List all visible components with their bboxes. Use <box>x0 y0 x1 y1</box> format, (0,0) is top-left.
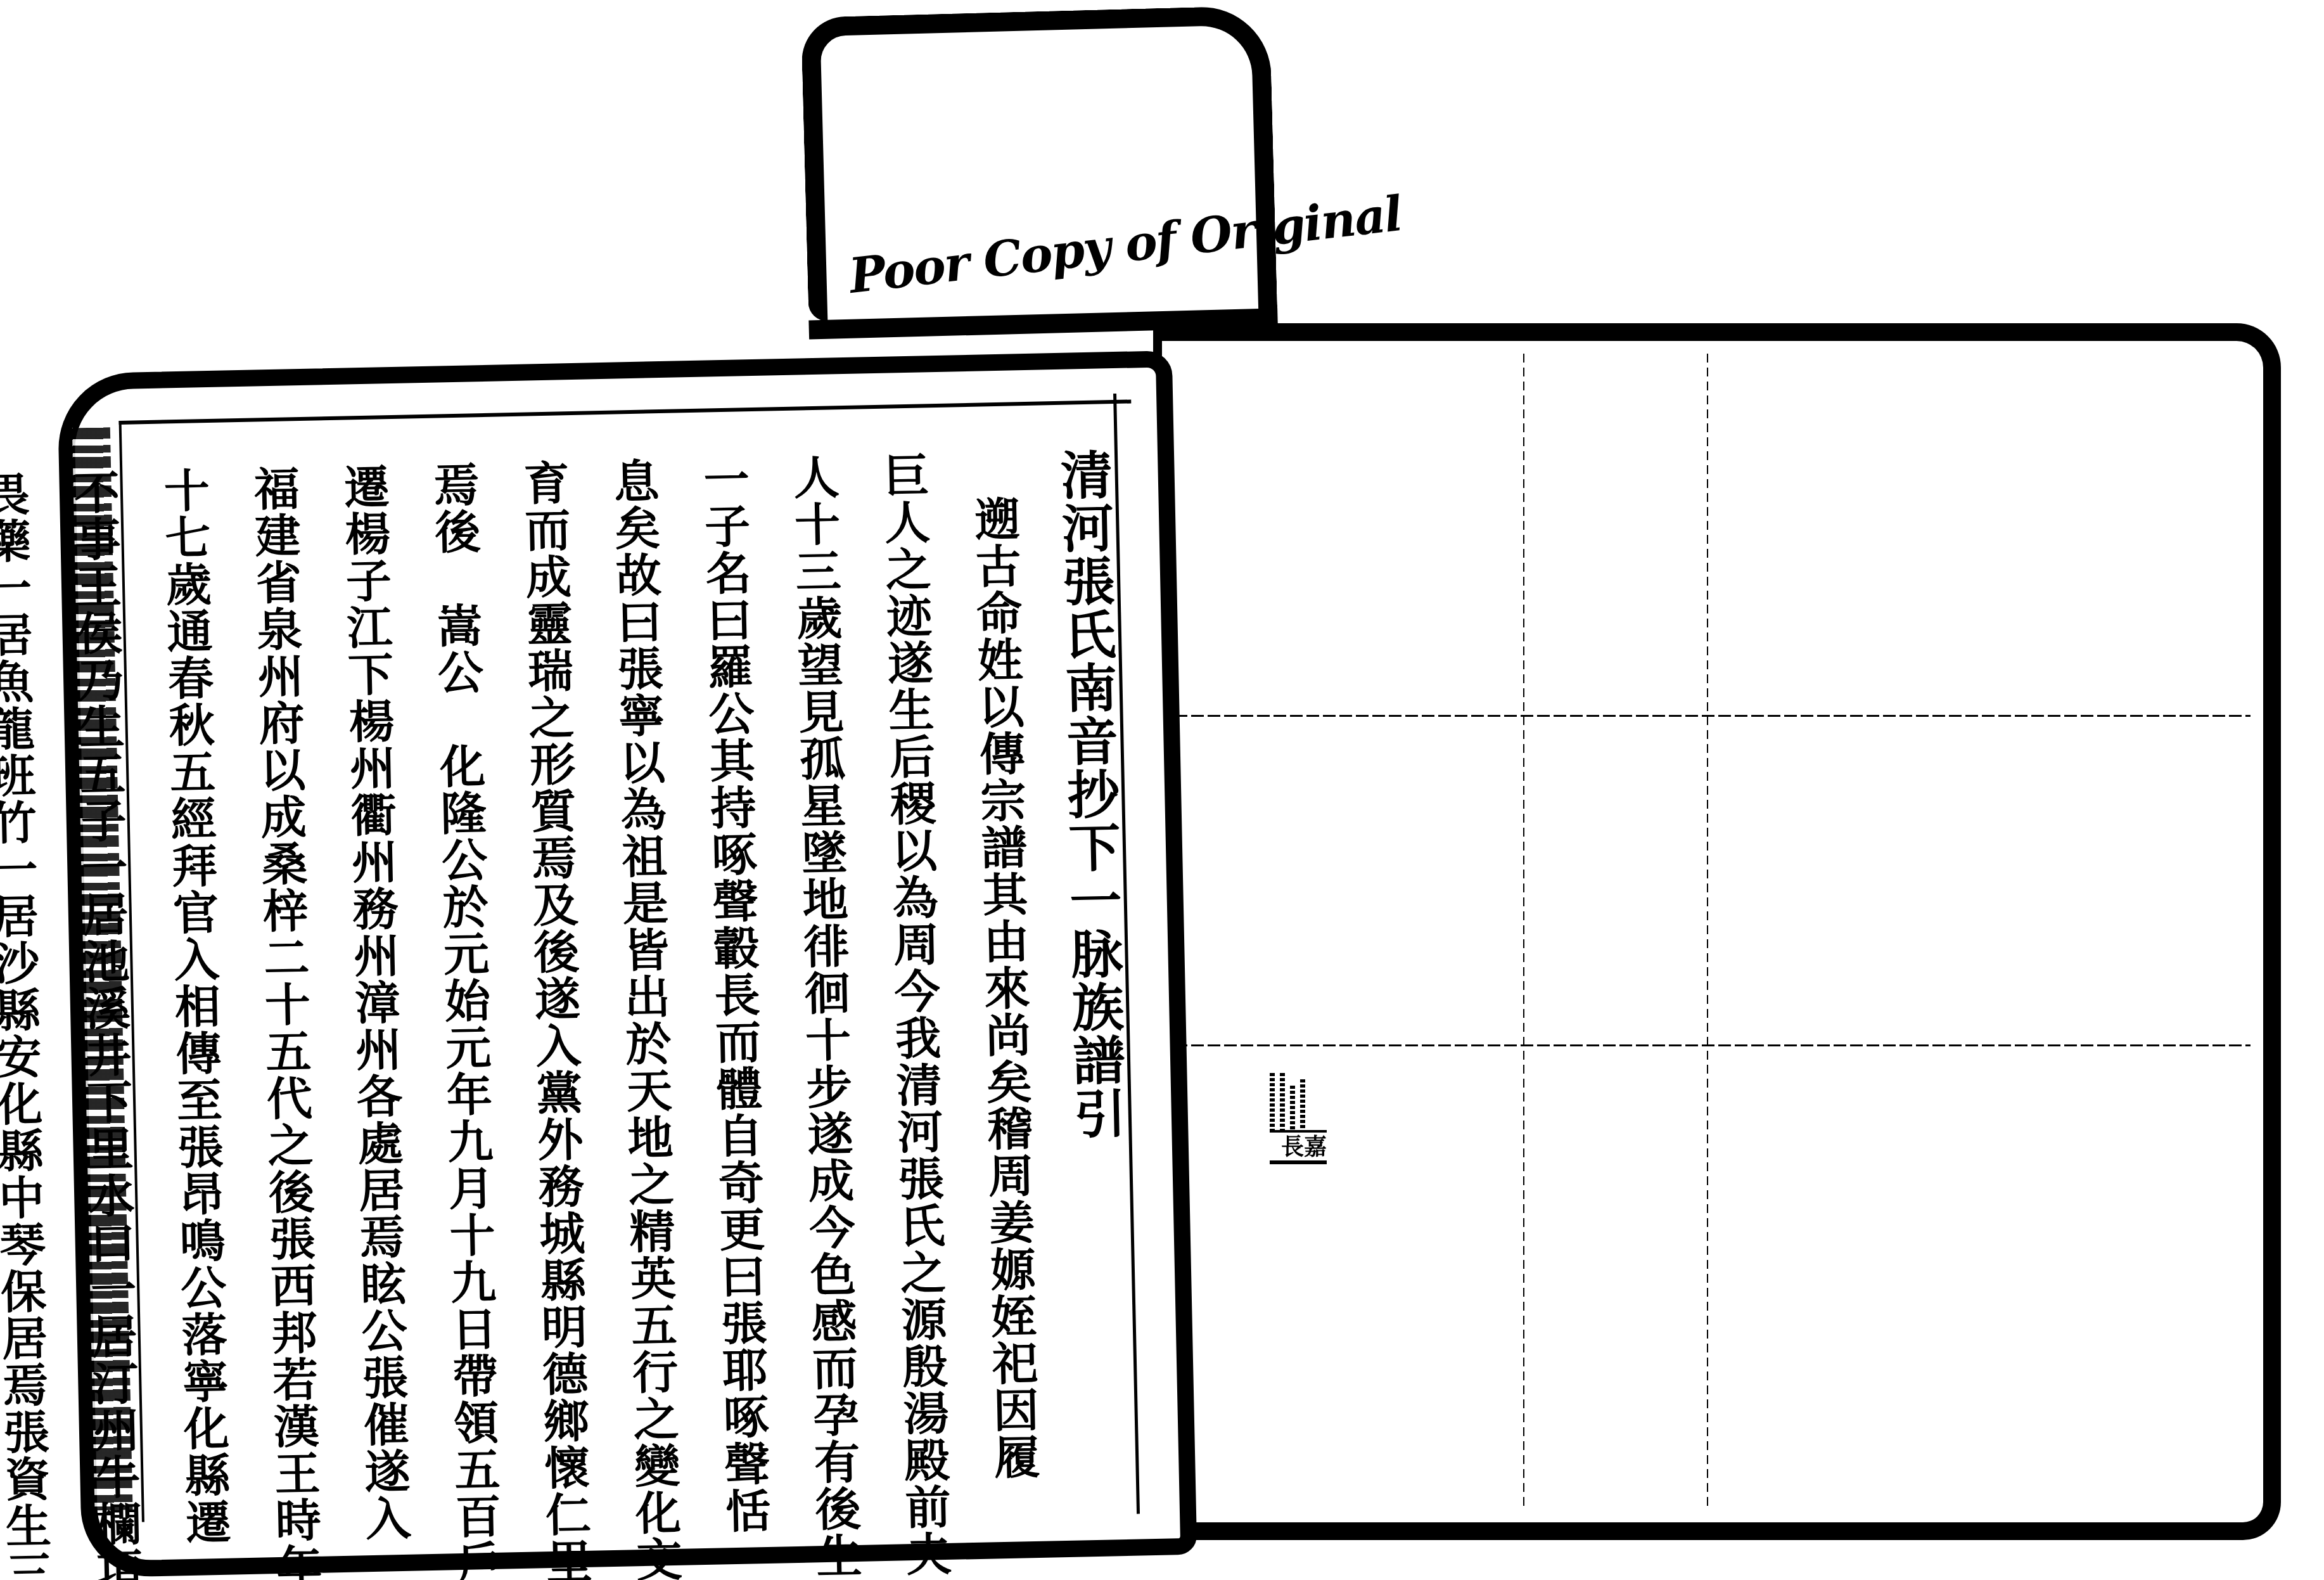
fold-line-vertical <box>1707 354 1708 1510</box>
vertical-text-body: 清河張氏南音抄下一脉族譜引 遡古命姓以傳宗譜其由來尚矣稽周姜嫄姪祀因履 巨人之迹… <box>164 447 1150 1557</box>
library-stamp: 嘉長 <box>1270 1073 1327 1181</box>
label-tab: Poor Copy of Original <box>801 5 1277 321</box>
stamp-characters: 嘉長 <box>1270 1136 1327 1159</box>
fold-line-horizontal <box>1175 1044 2251 1046</box>
genealogy-book: 嘉長 清河張氏南音抄下一脉族譜引 遡古命姓以傳宗譜其由來尚矣稽周姜嫄姪祀因履 巨… <box>38 298 2294 1553</box>
stamp-rule <box>1270 1160 1327 1164</box>
fold-line-horizontal <box>1175 715 2251 717</box>
right-page: 嘉長 <box>1153 323 2281 1540</box>
left-page: 清河張氏南音抄下一脉族譜引 遡古命姓以傳宗譜其由來尚矣稽周姜嫄姪祀因履 巨人之迹… <box>57 350 1197 1577</box>
fold-line-vertical <box>1523 354 1524 1510</box>
poor-copy-label: Poor Copy of Original <box>846 185 1405 304</box>
stamp-barcode-icon <box>1270 1073 1327 1133</box>
